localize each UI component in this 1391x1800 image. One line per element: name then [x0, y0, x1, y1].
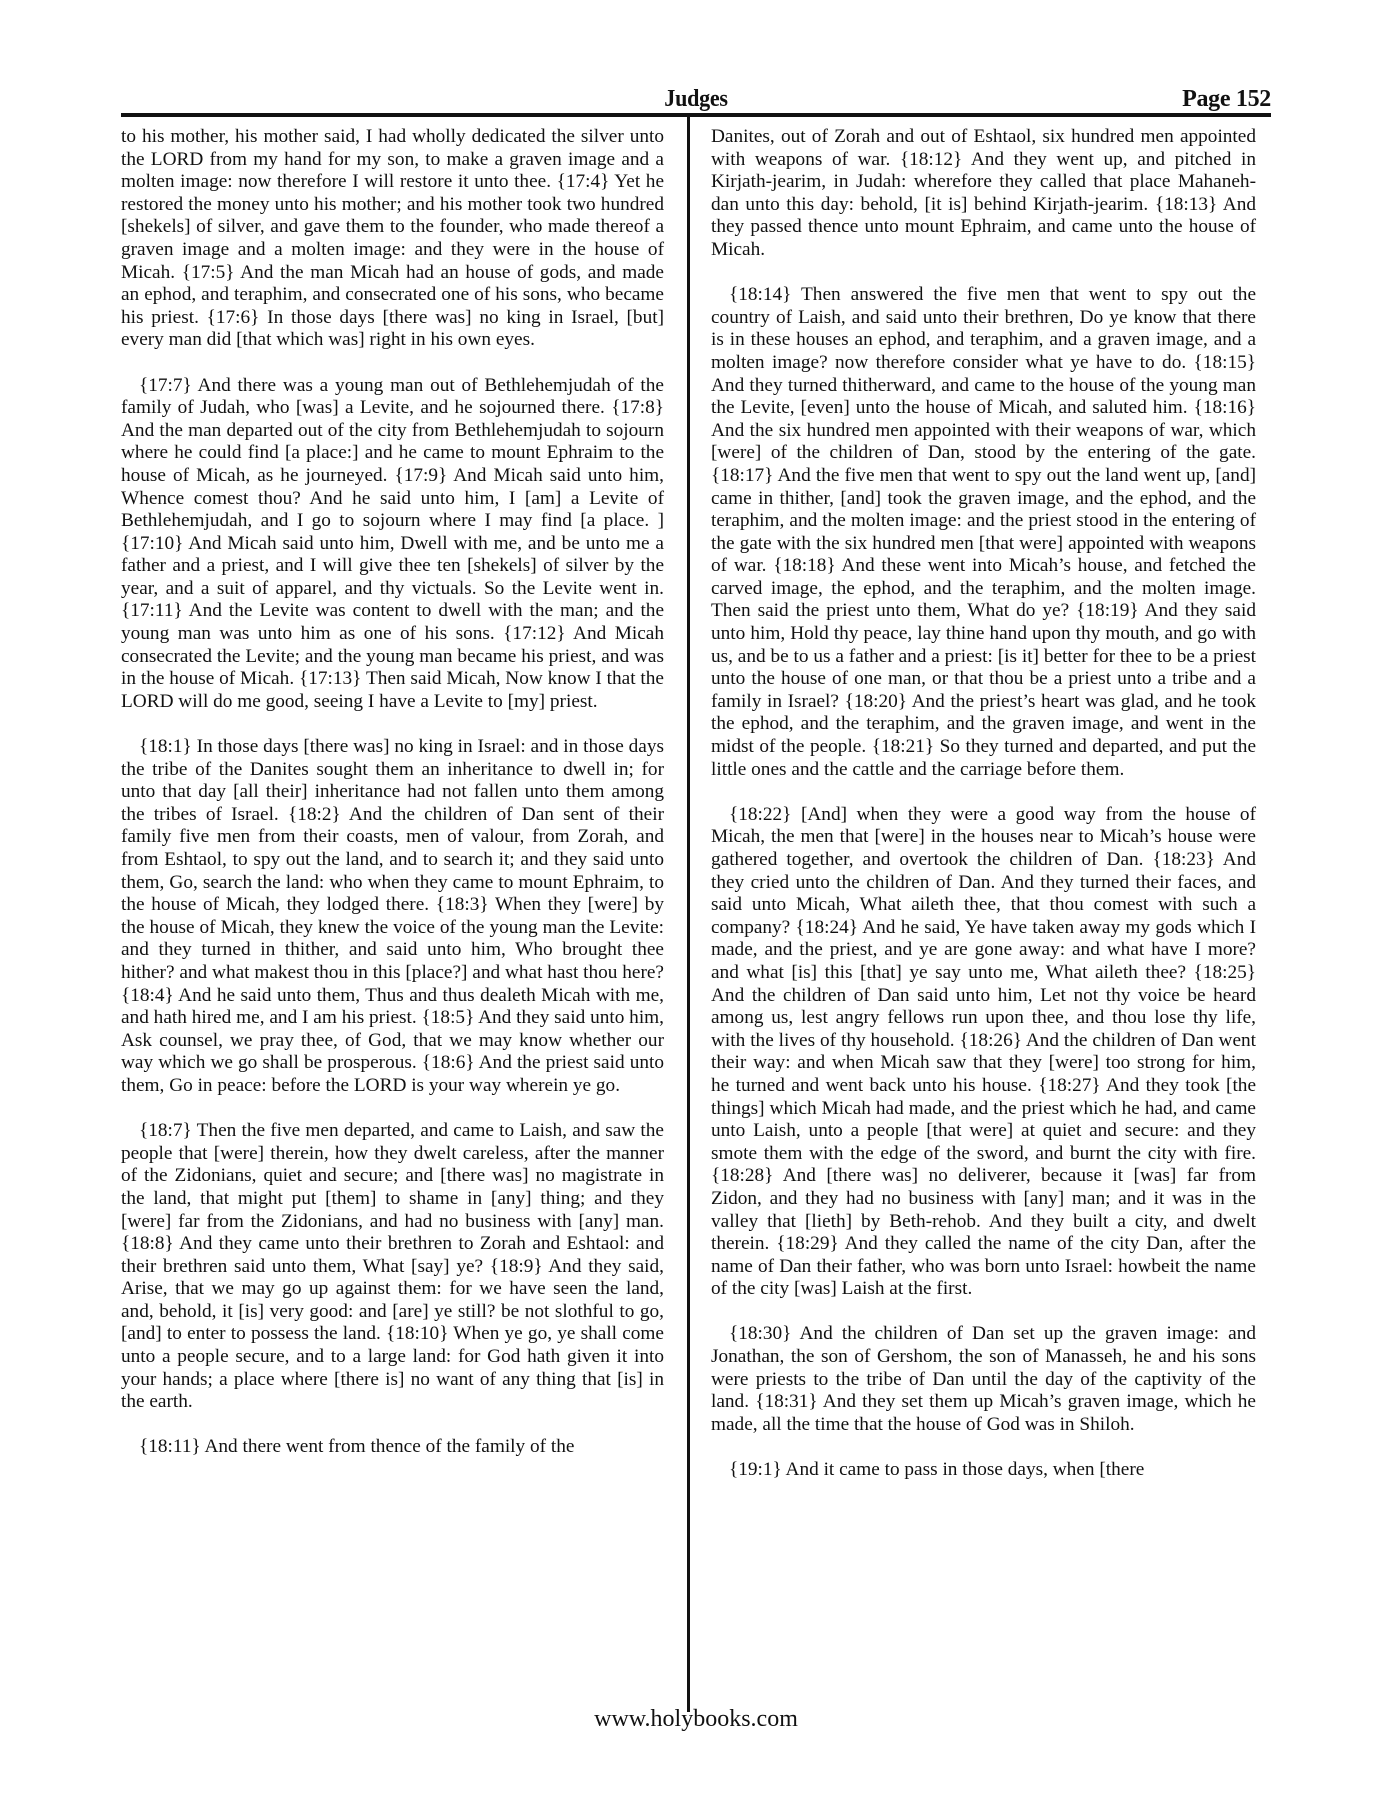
- paragraph: {18:7} Then the five men departed, and c…: [121, 1120, 664, 1414]
- page-number: Page 152: [1182, 86, 1271, 113]
- header-rule: [121, 113, 1271, 117]
- running-header: Judges Page 152: [121, 86, 1271, 116]
- paragraph: {18:14} Then answered the five men that …: [711, 284, 1256, 781]
- paragraph: {17:7} And there was a young man out of …: [121, 375, 664, 714]
- paragraph: to his mother, his mother said, I had wh…: [121, 126, 664, 352]
- paragraph: Danites, out of Zorah and out of Eshtaol…: [711, 126, 1256, 262]
- book-title: Judges: [167, 86, 1225, 113]
- paragraph: {18:22} [And] when they were a good way …: [711, 804, 1256, 1301]
- document-page: Judges Page 152 to his mother, his mothe…: [121, 0, 1271, 1800]
- footer-url: www.holybooks.com: [121, 1706, 1271, 1733]
- paragraph: {18:30} And the children of Dan set up t…: [711, 1323, 1256, 1436]
- column-divider: [687, 117, 690, 1712]
- left-column: to his mother, his mother said, I had wh…: [121, 126, 664, 1482]
- paragraph: {18:11} And there went from thence of th…: [121, 1436, 664, 1459]
- paragraph: {19:1} And it came to pass in those days…: [711, 1459, 1256, 1482]
- right-column: Danites, out of Zorah and out of Eshtaol…: [711, 126, 1256, 1504]
- paragraph: {18:1} In those days [there was] no king…: [121, 736, 664, 1098]
